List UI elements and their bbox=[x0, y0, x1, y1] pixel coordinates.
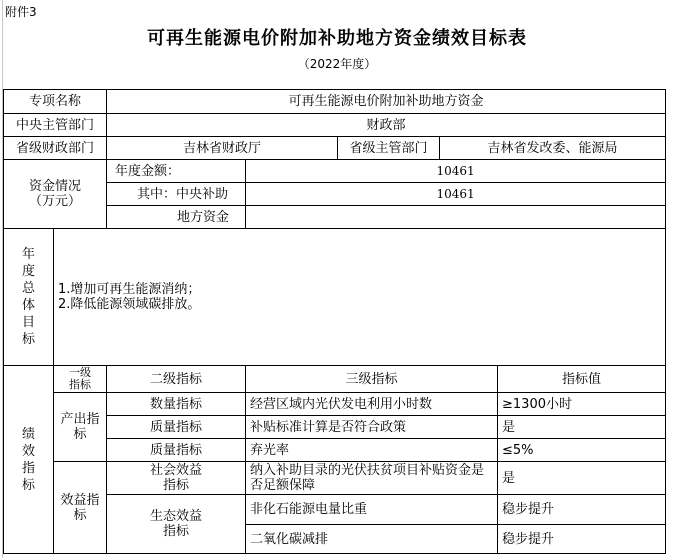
provincial-dept-value[interactable]: 吉林省发改委、能源局 bbox=[440, 137, 666, 160]
level1-benefit: 效益指 标 bbox=[54, 462, 107, 554]
level3-cell[interactable]: 弃光率 bbox=[246, 439, 498, 462]
value-cell[interactable]: 稳步提升 bbox=[498, 495, 666, 525]
level2-cell: 生态效益 指标 bbox=[107, 495, 246, 554]
annual-amount-label: 年度金额： bbox=[107, 160, 246, 183]
header-level1: 一级 指标 bbox=[54, 366, 107, 393]
row-funds-annual: 资金情况 （万元） 年度金额： 10461 bbox=[4, 160, 666, 183]
funds-label: 资金情况 （万元） bbox=[4, 160, 107, 229]
goal-line-2: 2.降低能源领域碳排放。 bbox=[58, 297, 661, 312]
level2-cell: 质量指标 bbox=[107, 416, 246, 439]
value-cell[interactable]: ≥1300小时 bbox=[498, 393, 666, 416]
value-cell[interactable]: 稳步提升 bbox=[498, 525, 666, 554]
local-funds-value[interactable] bbox=[246, 206, 666, 229]
header-level2: 二级指标 bbox=[107, 366, 246, 393]
provincial-finance-value[interactable]: 吉林省财政厅 bbox=[107, 137, 338, 160]
row-project-name: 专项名称 可再生能源电价附加补助地方资金 bbox=[4, 90, 666, 114]
document-title: 可再生能源电价附加补助地方资金绩效目标表 bbox=[0, 24, 674, 50]
attachment-label: 附件3 bbox=[5, 3, 37, 20]
level3-cell[interactable]: 二氧化碳减排 bbox=[246, 525, 498, 554]
goal-line-1: 1.增加可再生能源消纳； bbox=[58, 282, 661, 297]
header-level3: 三级指标 bbox=[246, 366, 498, 393]
level2-cell: 质量指标 bbox=[107, 439, 246, 462]
central-subsidy-label: 其中：中央补助 bbox=[107, 183, 246, 206]
row-annual-goal: 年 度 总 体 目 标 1.增加可再生能源消纳； 2.降低能源领域碳排放。 bbox=[4, 229, 666, 366]
funds-label-line2: （万元） bbox=[8, 194, 102, 209]
level3-cell[interactable]: 补贴标准计算是否符合政策 bbox=[246, 416, 498, 439]
level3-cell[interactable]: 非化石能源电量比重 bbox=[246, 495, 498, 525]
level2-cell: 社会效益 指标 bbox=[107, 462, 246, 495]
annual-amount-value[interactable]: 10461 bbox=[246, 160, 666, 183]
document-year: （2022年度） bbox=[0, 55, 674, 72]
central-dept-value[interactable]: 财政部 bbox=[107, 114, 666, 137]
table-row: 产出指 标 数量指标 经营区域内光伏发电利用小时数 ≥1300小时 bbox=[4, 393, 666, 416]
central-subsidy-value[interactable]: 10461 bbox=[246, 183, 666, 206]
local-funds-label: 地方资金 bbox=[107, 206, 246, 229]
project-name-value[interactable]: 可再生能源电价附加补助地方资金 bbox=[107, 90, 666, 114]
row-perf-header: 绩 效 指 标 一级 指标 二级指标 三级指标 指标值 bbox=[4, 366, 666, 393]
row-central-dept: 中央主管部门 财政部 bbox=[4, 114, 666, 137]
annual-goal-label: 年 度 总 体 目 标 bbox=[4, 229, 54, 366]
performance-target-table: 专项名称 可再生能源电价附加补助地方资金 中央主管部门 财政部 省级财政部门 吉… bbox=[3, 89, 666, 554]
header-value: 指标值 bbox=[498, 366, 666, 393]
level2-cell: 数量指标 bbox=[107, 393, 246, 416]
level1-output: 产出指 标 bbox=[54, 393, 107, 462]
row-provincial: 省级财政部门 吉林省财政厅 省级主管部门 吉林省发改委、能源局 bbox=[4, 137, 666, 160]
provincial-dept-label: 省级主管部门 bbox=[338, 137, 440, 160]
table-row: 效益指 标 社会效益 指标 纳入补助目录的光伏扶贫项目补贴资金是否足额保障 是 bbox=[4, 462, 666, 495]
funds-label-line1: 资金情况 bbox=[8, 179, 102, 194]
level3-cell[interactable]: 经营区域内光伏发电利用小时数 bbox=[246, 393, 498, 416]
level3-cell[interactable]: 纳入补助目录的光伏扶贫项目补贴资金是否足额保障 bbox=[246, 462, 498, 495]
project-name-label: 专项名称 bbox=[4, 90, 107, 114]
performance-label: 绩 效 指 标 bbox=[4, 366, 54, 554]
provincial-finance-label: 省级财政部门 bbox=[4, 137, 107, 160]
value-cell[interactable]: 是 bbox=[498, 462, 666, 495]
annual-goal-content[interactable]: 1.增加可再生能源消纳； 2.降低能源领域碳排放。 bbox=[54, 229, 666, 366]
value-cell[interactable]: ≤5% bbox=[498, 439, 666, 462]
value-cell[interactable]: 是 bbox=[498, 416, 666, 439]
central-dept-label: 中央主管部门 bbox=[4, 114, 107, 137]
